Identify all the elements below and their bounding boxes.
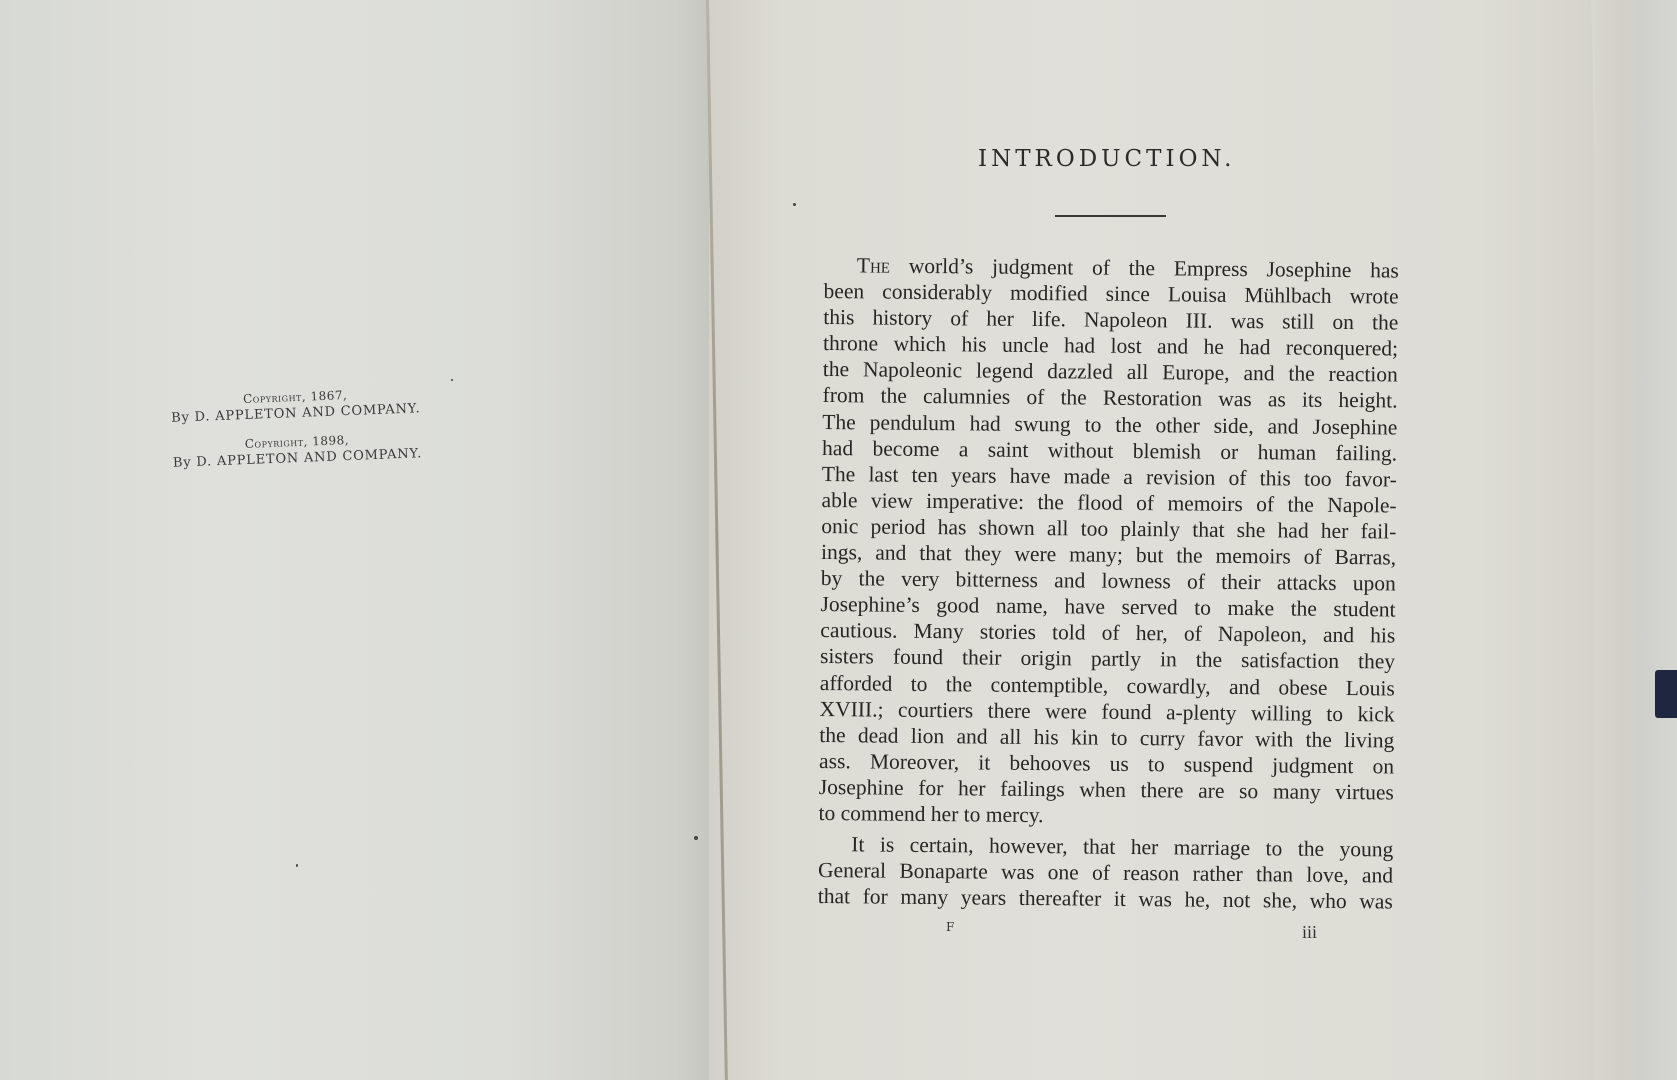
drop-lead-word: The [857,253,890,277]
signature-mark: F [946,920,954,934]
copyright-entry-2: Copyright, 1898, By D. APPLETON AND COMP… [142,428,453,473]
chapter-title: INTRODUCTION. [978,146,1235,172]
open-book-photo: Copyright, 1867, By D. APPLETON AND COMP… [0,0,1677,1080]
text-line: that for many years thereafter it was he… [818,883,1393,915]
page-number: iii [1302,922,1317,943]
page-edges [1595,0,1677,1080]
text-line: to commend her to mercy. [818,800,1393,832]
paragraph-1: The world’s judgment of the Empress Jose… [818,252,1398,832]
paper-speck [296,864,298,867]
paragraph-2: It is certain, however, that her marriag… [818,831,1394,915]
introduction-body: The world’s judgment of the Empress Jose… [818,252,1399,915]
copyright-notice: Copyright, 1867, By D. APPLETON AND COMP… [140,383,453,485]
left-page [0,0,710,1080]
bookmark-ribbon [1655,670,1677,718]
title-rule-divider [1055,215,1166,217]
paper-speck [694,836,698,840]
paper-speck [793,203,796,206]
paper-speck [451,379,453,381]
